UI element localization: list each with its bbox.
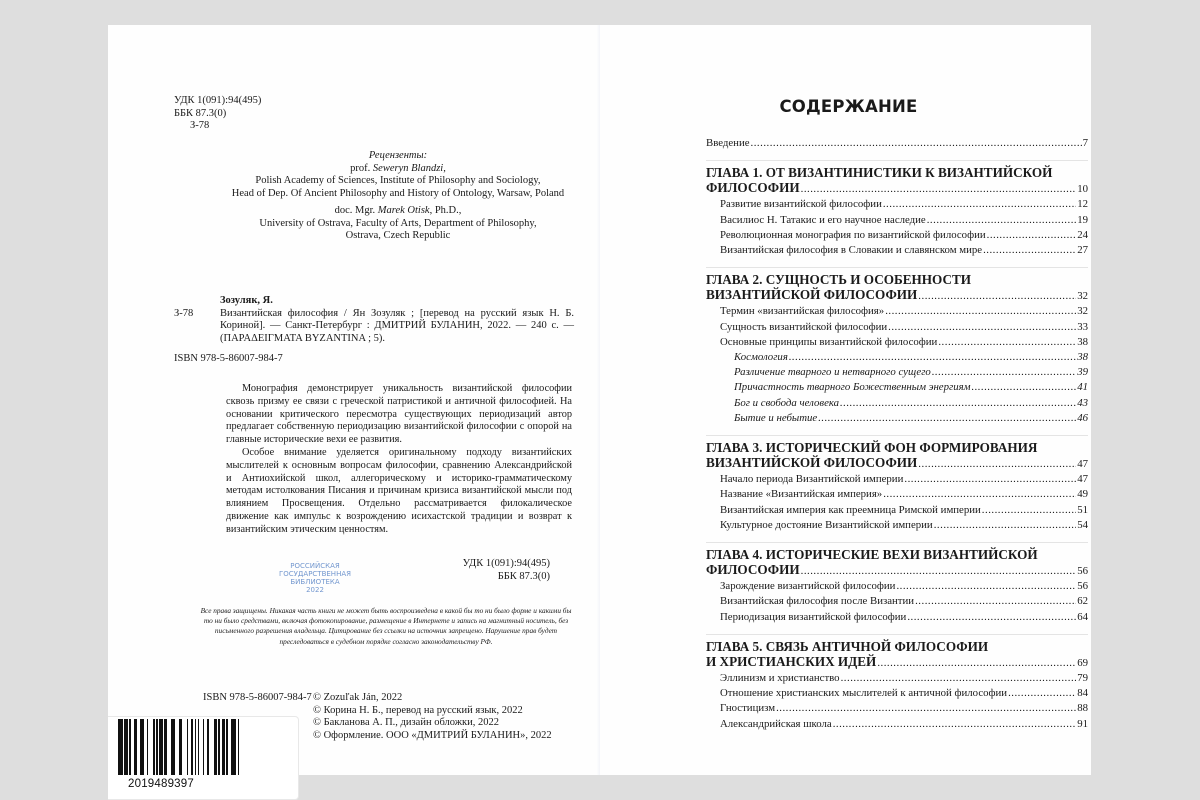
toc-entry[interactable]: Эллинизм и христианство79: [706, 671, 1088, 686]
toc-entry-page: 46: [1077, 411, 1088, 426]
reviewer-2-name: Marek Otisk: [378, 205, 430, 216]
dot-leader: [840, 396, 1076, 411]
toc-entry-page: 51: [1077, 503, 1088, 518]
toc-entry-label: Различение тварного и нетварного сущего: [734, 365, 931, 380]
toc-entry-page: 43: [1077, 396, 1088, 411]
catalog-isbn: ISBN 978-5-86007-984-7: [174, 353, 283, 366]
toc-entry-page: 24: [1077, 228, 1088, 243]
chapter-title-cont: ВИЗАНТИЙСКОЙ ФИЛОСОФИИ: [706, 455, 917, 470]
chapter-title-cont: ВИЗАНТИЙСКОЙ ФИЛОСОФИИ: [706, 287, 917, 302]
dot-leader: [896, 579, 1076, 594]
library-stamp: РОССИЙСКАЯ ГОСУДАРСТВЕННАЯ БИБЛИОТЕКА 20…: [260, 562, 370, 594]
stamp-line: ГОСУДАРСТВЕННАЯ: [260, 570, 370, 578]
toc-chapter: ГЛАВА 3. ИСТОРИЧЕСКИЙ ФОН ФОРМИРОВАНИЯВИ…: [706, 435, 1088, 533]
toc-entry[interactable]: Отношение христианских мыслителей к анти…: [706, 686, 1088, 701]
copyright-line: © Zozuľak Ján, 2022: [313, 692, 552, 705]
toc-entry-label: Причастность тварного Божественным энерг…: [734, 380, 971, 395]
toc-entry-chapter[interactable]: ФИЛОСОФИИ56: [706, 562, 1088, 579]
toc-entry[interactable]: Космология38: [706, 350, 1088, 365]
dot-leader: [982, 503, 1076, 518]
toc-entry[interactable]: Византийская философия после Византии62: [706, 594, 1088, 609]
chapter-title[interactable]: ГЛАВА 4. ИСТОРИЧЕСКИЕ ВЕХИ ВИЗАНТИЙСКОЙ: [706, 547, 1088, 562]
chapter-title-cont: ФИЛОСОФИИ: [706, 180, 800, 195]
toc-entry-page: 47: [1077, 472, 1088, 487]
barcode-sticker: 2019489397: [108, 690, 308, 775]
toc-entry-page: 33: [1077, 320, 1088, 335]
dot-leader: [776, 701, 1076, 716]
toc-entry-label: Введение: [706, 136, 750, 151]
bbk-code: ББК 87.3(0): [174, 108, 261, 121]
stamp-line: БИБЛИОТЕКА: [260, 578, 370, 586]
toc-entry-label: Бог и свобода человека: [734, 396, 839, 411]
toc-entry-label: Периодизация византийской философии: [720, 610, 906, 625]
toc-entry-page: 56: [1077, 564, 1088, 579]
toc-entry-label: Развитие византийской философии: [720, 197, 882, 212]
chapter-title-cont: ФИЛОСОФИИ: [706, 562, 800, 577]
chapter-title[interactable]: ГЛАВА 2. СУЩНОСТЬ И ОСОБЕННОСТИ: [706, 272, 1088, 287]
barcode-icon: [118, 719, 268, 775]
toc-entry-page: 64: [1077, 610, 1088, 625]
toc-entry[interactable]: Бытие и небытие46: [706, 411, 1088, 426]
catalog-code: З-78: [174, 308, 220, 346]
toc-entry[interactable]: Причастность тварного Божественным энерг…: [706, 380, 1088, 395]
toc-entry[interactable]: Гностицизм88: [706, 701, 1088, 716]
dot-leader: [888, 320, 1076, 335]
toc-entry-label: Начало периода Византийской империи: [720, 472, 903, 487]
copyright-list: © Zozuľak Ján, 2022 © Корина Н. Б., пере…: [313, 692, 552, 742]
toc-entry-page: 38: [1077, 335, 1088, 350]
toc-entry-chapter[interactable]: ФИЛОСОФИИ10: [706, 180, 1088, 197]
catalog-record: Зозуляк, Я. З-78Византийская философия /…: [174, 295, 574, 345]
toc-entry-label: Византийская философия в Словакии и слав…: [720, 243, 982, 258]
toc-entry-page: 79: [1077, 671, 1088, 686]
toc-entry[interactable]: Зарождение византийской философии56: [706, 579, 1088, 594]
toc-entry-chapter[interactable]: ВИЗАНТИЙСКОЙ ФИЛОСОФИИ47: [706, 455, 1088, 472]
toc-entry-label: Термин «византийская философия»: [720, 304, 884, 319]
rights-notice: Все права защищены. Никакая часть книги …: [196, 606, 576, 647]
dot-leader: [818, 411, 1076, 426]
dot-leader: [801, 564, 1077, 579]
dot-leader: [841, 671, 1077, 686]
toc-entry-page: 84: [1077, 686, 1088, 701]
toc-entry-label: Основные принципы византийской философии: [720, 335, 937, 350]
dot-leader: [751, 136, 1082, 151]
toc-entry-label: Александрийская школа: [720, 717, 832, 732]
toc-chapter: ГЛАВА 1. ОТ ВИЗАНТИНИСТИКИ К ВИЗАНТИЙСКО…: [706, 160, 1088, 258]
toc-entry-page: 32: [1077, 289, 1088, 304]
toc-entry-page: 32: [1077, 304, 1088, 319]
catalog-description: Византийская философия / Ян Зозуляк ; [п…: [220, 308, 574, 346]
dot-leader: [932, 365, 1076, 380]
annotation-paragraph: Монография демонстрирует уникальность ви…: [226, 383, 572, 447]
udk-code: УДК 1(091):94(495): [174, 95, 261, 108]
reviewer-2-affiliation: University of Ostrava, Faculty of Arts, …: [208, 218, 588, 231]
chapter-title[interactable]: ГЛАВА 1. ОТ ВИЗАНТИНИСТИКИ К ВИЗАНТИЙСКО…: [706, 165, 1088, 180]
udk-code-bottom: УДК 1(091):94(495): [438, 558, 550, 571]
toc-entry-page: 69: [1077, 656, 1088, 671]
toc-entry-label: Революционная монография по византийской…: [720, 228, 986, 243]
toc-entry-page: 62: [1077, 594, 1088, 609]
toc-entry[interactable]: Бог и свобода человека43: [706, 396, 1088, 411]
dot-leader: [918, 457, 1076, 472]
toc-entry-label: Гностицизм: [720, 701, 775, 716]
stamp-line: 2022: [260, 586, 370, 594]
toc-entry-label: Византийская философия после Византии: [720, 594, 914, 609]
toc-entry[interactable]: Периодизация византийской философии64: [706, 610, 1088, 625]
dot-leader: [877, 656, 1076, 671]
toc-entry-page: 56: [1077, 579, 1088, 594]
reviewer-1-affiliation: Head of Dep. Of Ancient Philosophy and H…: [208, 188, 588, 201]
dot-leader: [915, 594, 1076, 609]
toc-entry-page: 88: [1077, 701, 1088, 716]
chapter-title[interactable]: ГЛАВА 5. СВЯЗЬ АНТИЧНОЙ ФИЛОСОФИИ: [706, 639, 1088, 654]
dot-leader: [789, 350, 1076, 365]
reviewers-block: Рецензенты: prof. Seweryn Blandzi, Polis…: [208, 150, 588, 248]
copyright-line: © Корина Н. Б., перевод на русский язык,…: [313, 705, 552, 718]
reviewer-1-title: prof.: [350, 163, 373, 174]
toc-entry[interactable]: Различение тварного и нетварного сущего3…: [706, 365, 1088, 380]
toc-entry[interactable]: Сущность византийской философии33: [706, 320, 1088, 335]
toc-entry[interactable]: Василиос Н. Татакис и его научное наслед…: [706, 213, 1088, 228]
toc-entry-chapter[interactable]: И ХРИСТИАНСКИХ ИДЕЙ69: [706, 654, 1088, 671]
dot-leader: [918, 289, 1076, 304]
toc-entry[interactable]: Византийская империя как преемница Римск…: [706, 503, 1088, 518]
toc-entry-label: Космология: [734, 350, 788, 365]
toc-chapter: ГЛАВА 5. СВЯЗЬ АНТИЧНОЙ ФИЛОСОФИИИ ХРИСТ…: [706, 634, 1088, 732]
classification-bottom: УДК 1(091):94(495) ББК 87.3(0): [438, 558, 550, 583]
reviewer-1-name: Seweryn Blandzi: [373, 163, 443, 174]
toc-entry-page: 7: [1083, 136, 1088, 151]
reviewer-2-affiliation: Ostrava, Czech Republic: [208, 230, 588, 243]
dot-leader: [983, 243, 1076, 258]
catalog-author: Зозуляк, Я.: [220, 295, 273, 308]
bbk-code-bottom: ББК 87.3(0): [438, 571, 550, 584]
dot-leader: [927, 213, 1076, 228]
dot-leader: [972, 380, 1077, 395]
toc-entry[interactable]: Развитие византийской философии12: [706, 197, 1088, 212]
toc-entry-page: 47: [1077, 457, 1088, 472]
reviewers-heading: Рецензенты:: [208, 150, 588, 163]
toc-entry-label: Культурное достояние Византийской импери…: [720, 518, 933, 533]
toc-entry-page: 12: [1077, 197, 1088, 212]
toc-entry-page: 27: [1077, 243, 1088, 258]
toc-entry-page: 39: [1077, 365, 1088, 380]
annotation: Монография демонстрирует уникальность ви…: [226, 383, 572, 537]
dot-leader: [938, 335, 1076, 350]
toc-entry-label: Бытие и небытие: [734, 411, 817, 426]
copyright-line: © Оформление. ООО «ДМИТРИЙ БУЛАНИН», 202…: [313, 730, 552, 743]
toc-entry[interactable]: Термин «византийская философия»32: [706, 304, 1088, 319]
right-page: СОДЕРЖАНИЕ Введение 7 ГЛАВА 1. ОТ ВИЗАНТ…: [600, 25, 1091, 775]
toc-entry[interactable]: Византийская философия в Словакии и слав…: [706, 243, 1088, 258]
toc-entry[interactable]: Название «Византийская империя»49: [706, 487, 1088, 502]
reviewer-1-suffix: ,: [443, 163, 446, 174]
stamp-line: РОССИЙСКАЯ: [260, 562, 370, 570]
toc-entry-page: 49: [1077, 487, 1088, 502]
toc-chapter: ГЛАВА 2. СУЩНОСТЬ И ОСОБЕННОСТИВИЗАНТИЙС…: [706, 267, 1088, 426]
toc-entry-page: 54: [1077, 518, 1088, 533]
dot-leader: [885, 304, 1076, 319]
toc-entry-label: Василиос Н. Татакис и его научное наслед…: [720, 213, 926, 228]
toc-entry-page: 19: [1077, 213, 1088, 228]
toc-entry-intro[interactable]: Введение 7: [706, 136, 1088, 151]
toc-entry[interactable]: Революционная монография по византийской…: [706, 228, 1088, 243]
chapter-list: ГЛАВА 1. ОТ ВИЗАНТИНИСТИКИ К ВИЗАНТИЙСКО…: [706, 160, 1088, 732]
copyright-line: © Бакланова А. П., дизайн обложки, 2022: [313, 717, 552, 730]
chapter-title[interactable]: ГЛАВА 3. ИСТОРИЧЕСКИЙ ФОН ФОРМИРОВАНИЯ: [706, 440, 1088, 455]
toc-entry-page: 41: [1077, 380, 1088, 395]
table-of-contents: Введение 7 ГЛАВА 1. ОТ ВИЗАНТИНИСТИКИ К …: [706, 130, 1088, 732]
toc-chapter: ГЛАВА 4. ИСТОРИЧЕСКИЕ ВЕХИ ВИЗАНТИЙСКОЙФ…: [706, 542, 1088, 625]
toc-entry-label: Сущность византийской философии: [720, 320, 887, 335]
chapter-title-cont: И ХРИСТИАНСКИХ ИДЕЙ: [706, 654, 876, 669]
dot-leader: [904, 472, 1076, 487]
toc-entry-chapter[interactable]: ВИЗАНТИЙСКОЙ ФИЛОСОФИИ32: [706, 287, 1088, 304]
dot-leader: [907, 610, 1076, 625]
reviewer-2-title: doc. Mgr.: [335, 205, 378, 216]
dot-leader: [801, 182, 1077, 197]
dot-leader: [987, 228, 1077, 243]
reviewer-2-suffix: , Ph.D.,: [430, 205, 462, 216]
toc-entry-label: Название «Византийская империя»: [720, 487, 882, 502]
toc-entry-label: Эллинизм и христианство: [720, 671, 840, 686]
reviewer-1-affiliation: Polish Academy of Sciences, Institute of…: [208, 175, 588, 188]
reviewer-1: prof. Seweryn Blandzi, Polish Academy of…: [208, 163, 588, 201]
toc-entry-label: Византийская империя как преемница Римск…: [720, 503, 981, 518]
dot-leader: [1008, 686, 1076, 701]
dot-leader: [934, 518, 1076, 533]
toc-title: СОДЕРЖАНИЕ: [600, 97, 1097, 116]
toc-entry[interactable]: Александрийская школа91: [706, 717, 1088, 732]
author-code: З-78: [174, 120, 261, 133]
left-page: УДК 1(091):94(495) ББК 87.3(0) З-78 Реце…: [108, 25, 600, 775]
toc-entry[interactable]: Культурное достояние Византийской импери…: [706, 518, 1088, 533]
toc-entry[interactable]: Основные принципы византийской философии…: [706, 335, 1088, 350]
toc-entry-page: 38: [1077, 350, 1088, 365]
toc-entry-page: 10: [1077, 182, 1088, 197]
reviewer-2: doc. Mgr. Marek Otisk, Ph.D., University…: [208, 205, 588, 243]
barcode-number: 2019489397: [128, 778, 194, 790]
toc-entry[interactable]: Начало периода Византийской империи47: [706, 472, 1088, 487]
toc-entry-label: Отношение христианских мыслителей к анти…: [720, 686, 1007, 701]
dot-leader: [833, 717, 1077, 732]
toc-entry-label: Зарождение византийской философии: [720, 579, 895, 594]
dot-leader: [883, 487, 1076, 502]
toc-entry-page: 91: [1077, 717, 1088, 732]
dot-leader: [883, 197, 1076, 212]
classification-block: УДК 1(091):94(495) ББК 87.3(0) З-78: [174, 95, 261, 133]
annotation-paragraph: Особое внимание уделяется оригинальному …: [226, 447, 572, 537]
